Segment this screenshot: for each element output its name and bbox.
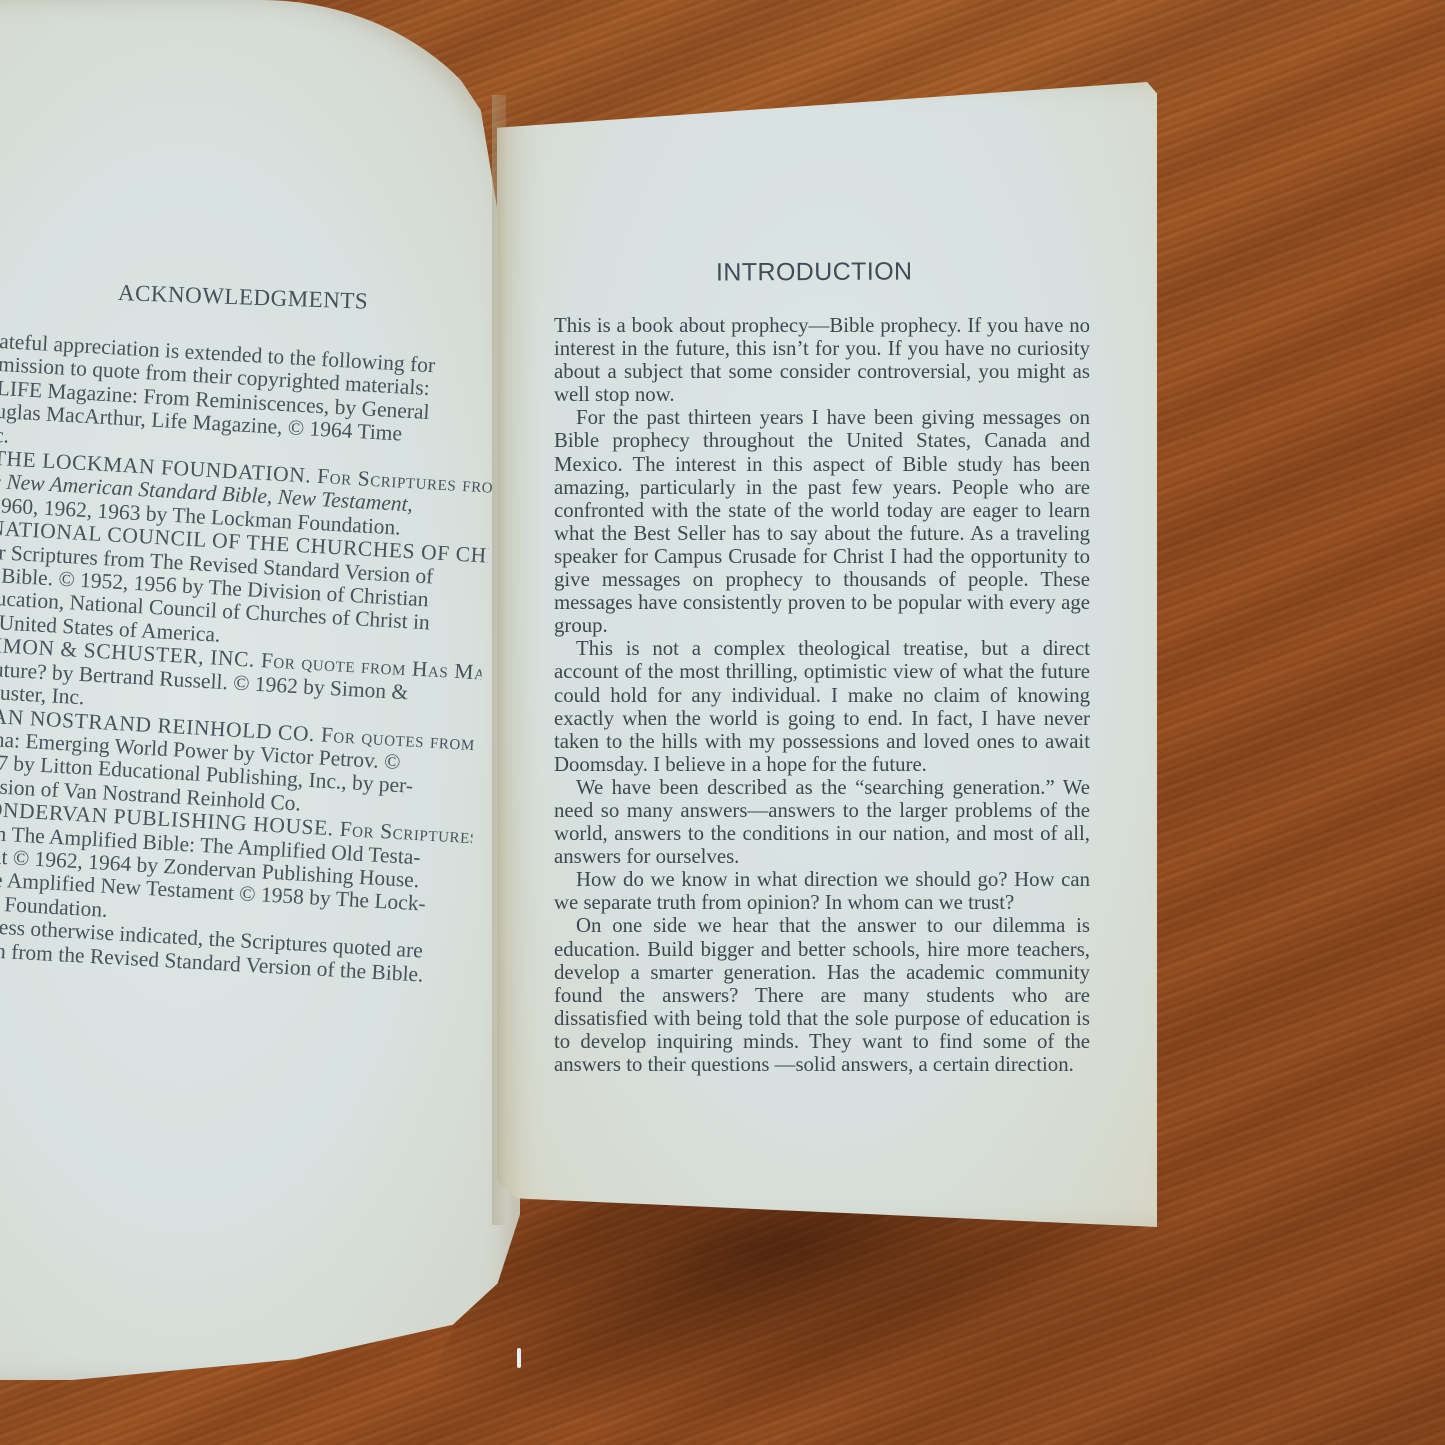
- intro-paragraph: For the past thirteen years I have been …: [554, 406, 1090, 637]
- introduction-body: This is a book about prophecy—Bible prop…: [554, 314, 1090, 1076]
- intro-paragraph: We have been described as the “searching…: [554, 776, 1090, 868]
- book-shadow: [406, 1200, 1213, 1430]
- paper-fleck: [517, 1348, 521, 1368]
- introduction-heading: INTRODUCTION: [716, 257, 913, 287]
- book-gutter: [492, 95, 506, 1225]
- intro-paragraph: How do we know in what direction we shou…: [554, 868, 1090, 914]
- intro-paragraph: On one side we hear that the answer to o…: [554, 914, 1090, 1076]
- intro-paragraph: This is not a complex theological treati…: [554, 637, 1090, 776]
- acknowledgments-body: ateful appreciation is extended to the f…: [0, 330, 499, 989]
- intro-paragraph: This is a book about prophecy—Bible prop…: [554, 314, 1090, 406]
